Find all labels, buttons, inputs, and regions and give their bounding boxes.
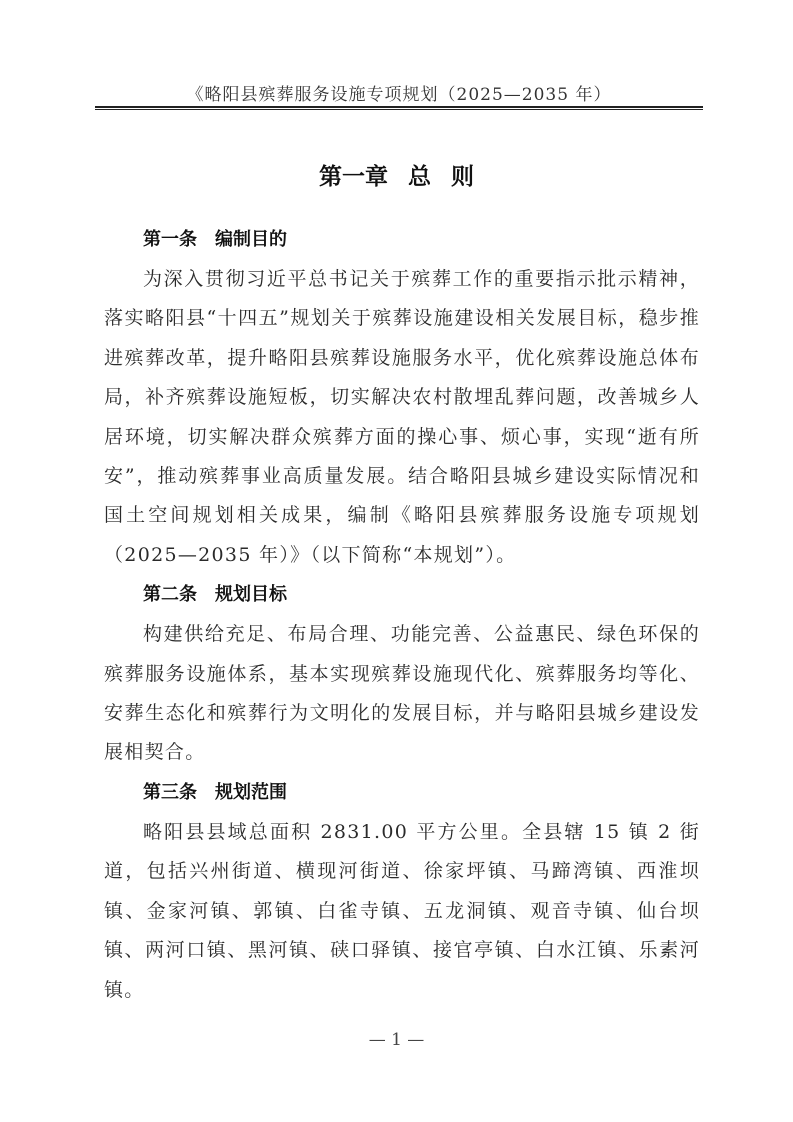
chapter-title-part1: 总 [408,164,431,190]
article-1-heading: 第一条编制目的 [104,220,700,260]
article-3-title: 规划范围 [215,782,287,803]
article-2-text: 构建供给充足、布局合理、功能完善、公益惠民、绿色环保的殡葬服务设施体系，基本实现… [104,615,700,773]
document-page: 《略阳县殡葬服务设施专项规划（2025—2035 年） 第一章总则 第一条编制目… [0,0,793,1122]
article-3-text: 略阳县县域总面积 2831.00 平方公里。全县辖 15 镇 2 街道，包括兴州… [104,813,700,1010]
article-2-heading: 第二条规划目标 [104,575,700,615]
running-header: 《略阳县殡葬服务设施专项规划（2025—2035 年） [95,80,703,105]
article-3-heading: 第三条规划范围 [104,773,700,813]
article-3-number: 第三条 [143,782,197,803]
chapter-title-part2: 则 [451,164,474,190]
header-double-rule [95,106,703,110]
article-1-number: 第一条 [143,229,197,250]
article-1-title: 编制目的 [215,229,287,250]
chapter-heading: 第一章总则 [0,158,793,191]
article-1-text: 为深入贯彻习近平总书记关于殡葬工作的重要指示批示精神，落实略阳县“十四五”规划关… [104,260,700,575]
document-body: 第一条编制目的 为深入贯彻习近平总书记关于殡葬工作的重要指示批示精神，落实略阳县… [104,220,700,1010]
header-rule-thin [95,109,703,110]
article-2-title: 规划目标 [215,584,287,605]
article-2-number: 第二条 [143,584,197,605]
page-number: — 1 — [0,1030,793,1050]
chapter-number: 第一章 [319,164,388,190]
